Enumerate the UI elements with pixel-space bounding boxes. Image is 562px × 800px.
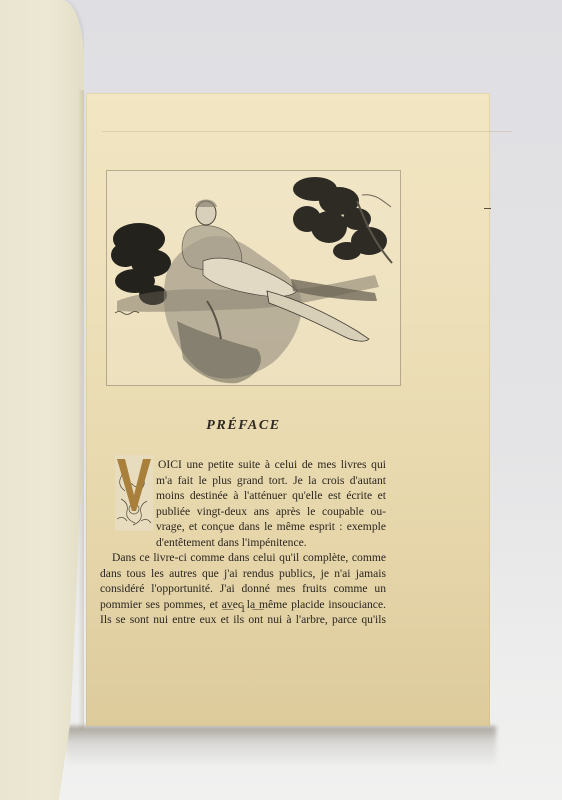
text-line: vrage, et conçue dans le même esprit : e… xyxy=(100,519,386,535)
paragraph-1: OICI une petite suite à celui de mes liv… xyxy=(100,457,386,550)
etching-illustration xyxy=(107,171,400,385)
text-line: d'entêtement dans l'impénitence. xyxy=(100,535,386,551)
text-line: moins destinée à l'atténuer qu'elle est … xyxy=(100,488,386,504)
flyleaf-edge-shadow xyxy=(78,90,84,730)
text-line: considéré l'opportunité. J'ai donné mes … xyxy=(100,581,386,597)
text-line: Dans ce livre-ci comme dans celui qu'il … xyxy=(100,550,386,566)
paragraph-2: Dans ce livre-ci comme dans celui qu'il … xyxy=(100,550,386,628)
page-number: — 1 — xyxy=(86,603,402,615)
page-title: PRÉFACE xyxy=(86,418,401,434)
text-line: dans tous les autres que j'ai rendus pub… xyxy=(100,566,386,582)
text-line: m'a fait le plus grand tort. Je la crois… xyxy=(100,473,386,489)
page-crease xyxy=(102,131,512,132)
text-line: OICI une petite suite à celui de mes liv… xyxy=(100,457,386,473)
illustration-plate xyxy=(106,170,401,386)
preface-text: OICI une petite suite à celui de mes liv… xyxy=(100,457,386,628)
page-edge-mark xyxy=(484,208,491,209)
text-line: publiée vingt-deux ans après le coupable… xyxy=(100,504,386,520)
flyleaf-page xyxy=(0,0,84,800)
page-shadow xyxy=(66,726,496,766)
